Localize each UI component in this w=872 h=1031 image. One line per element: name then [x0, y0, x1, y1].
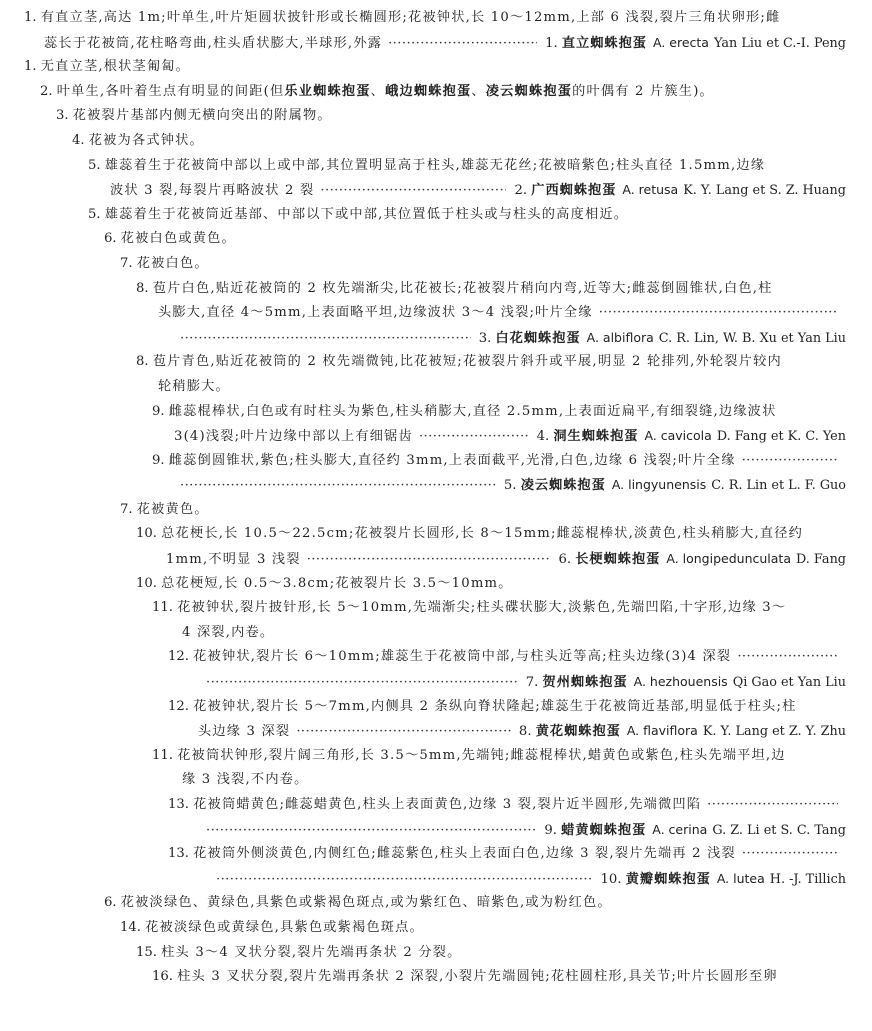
species-result: 3白花蜘蛛抱蛋A. albifloraC. R. Lin, W. B. Xu e… [479, 326, 846, 352]
key-line-continuation: 头膨大,直径 4～5mm,上表面略平坦,边缘波状 3～4 浅裂;叶片全缘····… [0, 301, 872, 326]
couplet-text: 花被白色或黄色。 [121, 231, 236, 246]
key-line-result: ········································… [0, 473, 872, 498]
species-number: 8 [519, 724, 536, 739]
leader-dots: ········································… [307, 548, 551, 573]
species-name-bold: 乐业蜘蛛抱蛋 [284, 84, 370, 99]
couplet-number: 7 [120, 498, 137, 523]
species-chinese-name: 黄瓣蜘蛛抱蛋 [626, 872, 711, 887]
couplet-text: 花被钟状,裂片披针形,长 5～10mm,先端渐尖;柱头碟状膨大,淡紫色,先端凹陷… [177, 600, 786, 615]
couplet-text: 花被淡绿色或黄绿色,具紫色或紫褐色斑点。 [145, 920, 424, 935]
species-authority: D. Fang et K. C. Yen [717, 429, 846, 444]
key-line: 14花被淡绿色或黄绿色,具紫色或紫褐色斑点。 [0, 916, 872, 941]
key-line: 12花被钟状,裂片长 6～10mm;雄蕊生于花被筒中部,与柱头近等高;柱头边缘(… [0, 645, 872, 670]
leader-dots: ········································… [388, 32, 537, 57]
key-line-result: 波状 3 裂,每裂片再略波状 2 裂······················… [0, 178, 872, 203]
species-authority: K. Y. Lang et S. Z. Huang [683, 183, 846, 198]
species-latin-name: A. flaviflora [627, 723, 698, 738]
key-line: 15柱头 3～4 叉状分裂,裂片先端再条状 2 分裂。 [0, 941, 872, 966]
species-authority: Yan Liu et C.-I. Peng [714, 36, 846, 51]
key-line-result: ········································… [0, 867, 872, 892]
species-latin-name: A. cavicola [644, 428, 711, 443]
key-line: 7花被白色。 [0, 252, 872, 277]
leader-dots: ········································… [742, 449, 838, 474]
leader-dots: ········································… [320, 179, 506, 204]
species-number: 4 [537, 429, 554, 444]
couplet-text: 雌蕊倒圆锥状,紫色;柱头膨大,直径约 3mm,上表面截平,光滑,白色,边缘 6 … [169, 449, 736, 474]
species-chinese-name: 直立蜘蛛抱蛋 [562, 36, 647, 51]
key-line-result: 头边缘 3 深裂································… [0, 719, 872, 744]
couplet-number: 13 [168, 793, 193, 818]
couplet-text: 轮稍膨大。 [158, 379, 230, 394]
leader-dots: ········································… [206, 671, 518, 696]
key-line: 8苞片白色,贴近花被筒的 2 枚先端渐尖,比花被长;花被裂片稍向内弯,近等大;雌… [0, 277, 872, 302]
couplet-number: 1 [24, 6, 41, 31]
species-result: 1直立蜘蛛抱蛋A. erectaYan Liu et C.-I. Peng [545, 31, 846, 57]
leader-dots: ········································… [707, 793, 838, 818]
species-result: 7贺州蜘蛛抱蛋A. hezhouensisQi Gao et Yan Liu [526, 670, 846, 696]
key-line-continuation: 4 深裂,内卷。 [0, 621, 872, 646]
key-line-result: ········································… [0, 326, 872, 351]
couplet-text: 苞片青色,贴近花被筒的 2 枚先端微钝,比花被短;花被裂片斜升或平展,明显 2 … [153, 354, 782, 369]
key-line: 8苞片青色,贴近花被筒的 2 枚先端微钝,比花被短;花被裂片斜升或平展,明显 2… [0, 350, 872, 375]
couplet-number: 16 [152, 965, 177, 990]
couplet-number: 5 [88, 154, 105, 179]
species-authority: Qi Gao et Yan Liu [733, 675, 846, 690]
key-line: 13花被筒外侧淡黄色,内侧红色;雌蕊紫色,柱头上表面白色,边缘 3 裂,裂片先端… [0, 842, 872, 867]
couplet-number: 11 [152, 596, 177, 621]
key-line: 16柱头 3 叉状分裂,裂片先端再条状 2 深裂,小裂片先端圆钝;花柱圆柱形,具… [0, 965, 872, 990]
couplet-number: 5 [88, 203, 105, 228]
couplet-text: 蕊长于花被筒,花柱略弯曲,柱头盾状膨大,半球形,外露 [44, 32, 382, 57]
species-number: 1 [545, 36, 562, 51]
species-latin-name: A. hezhouensis [634, 674, 728, 689]
species-chinese-name: 凌云蜘蛛抱蛋 [521, 478, 606, 493]
species-latin-name: A. cerina [652, 822, 707, 837]
species-latin-name: A. retusa [622, 182, 678, 197]
species-latin-name: A. longipedunculata [666, 551, 791, 566]
species-number: 10 [601, 872, 626, 887]
species-chinese-name: 黄花蜘蛛抱蛋 [536, 724, 621, 739]
species-number: 5 [504, 478, 521, 493]
couplet-text: 花被筒蜡黄色;雌蕊蜡黄色,柱头上表面黄色,边缘 3 裂,裂片近半圆形,先端微凹陷 [193, 793, 701, 818]
species-name-bold: 峨边蜘蛛抱蛋 [385, 84, 471, 99]
species-result: 4洞生蜘蛛抱蛋A. cavicolaD. Fang et K. C. Yen [537, 424, 846, 450]
species-authority: K. Y. Lang et Z. Y. Zhu [703, 724, 846, 739]
species-number: 6 [558, 552, 575, 567]
species-chinese-name: 蜡黄蜘蛛抱蛋 [561, 823, 646, 838]
couplet-text: 柱头 3～4 叉状分裂,裂片先端再条状 2 分裂。 [161, 945, 461, 960]
key-line-result: 1mm,不明显 3 浅裂····························… [0, 547, 872, 572]
couplet-text: 花被淡绿色、黄绿色,具紫色或紫褐色斑点,或为紫红色、暗紫色,或为粉红色。 [121, 895, 612, 910]
couplet-text: 雌蕊棍棒状,白色或有时柱头为紫色,柱头稍膨大,直径 2.5mm,上表面近扁平,有… [169, 404, 777, 419]
couplet-text: 苞片白色,贴近花被筒的 2 枚先端渐尖,比花被长;花被裂片稍向内弯,近等大;雌蕊… [153, 281, 773, 296]
leader-dots: ········································… [742, 842, 838, 867]
leader-dots: ········································… [419, 425, 529, 450]
key-line: 1无直立茎,根状茎匍匐。 [0, 55, 872, 80]
species-chinese-name: 广西蜘蛛抱蛋 [531, 183, 616, 198]
key-line: 5雄蕊着生于花被筒中部以上或中部,其位置明显高于柱头,雄蕊无花丝;花被暗紫色;柱… [0, 154, 872, 179]
couplet-text: 总花梗长,长 10.5～22.5cm;花被裂片长圆形,长 8～15mm;雌蕊棍棒… [161, 526, 803, 541]
species-latin-name: A. lutea [717, 871, 765, 886]
couplet-text: 1mm,不明显 3 浅裂 [166, 548, 301, 573]
couplet-text: 4 深裂,内卷。 [182, 625, 274, 640]
couplet-number: 3 [56, 104, 73, 129]
couplet-number: 13 [168, 842, 193, 867]
key-line: 10总花梗短,长 0.5～3.8cm;花被裂片长 3.5～10mm。 [0, 572, 872, 597]
key-line-continuation: 轮稍膨大。 [0, 375, 872, 400]
species-number: 9 [544, 823, 561, 838]
species-chinese-name: 洞生蜘蛛抱蛋 [553, 429, 638, 444]
couplet-number: 8 [136, 277, 153, 302]
species-result: 6长梗蜘蛛抱蛋A. longipedunculataD. Fang [558, 547, 846, 573]
couplet-text: 雄蕊着生于花被筒近基部、中部以下或中部,其位置低于柱头或与柱头的高度相近。 [105, 207, 628, 222]
couplet-text: 花被筒外侧淡黄色,内侧红色;雌蕊紫色,柱头上表面白色,边缘 3 裂,裂片先端再 … [193, 842, 736, 867]
couplet-number: 9 [152, 400, 169, 425]
couplet-text: 头边缘 3 深裂 [198, 720, 290, 745]
text-fragment: 叶单生,各叶着生点有明显的间距(但 [57, 84, 285, 99]
species-authority: C. R. Lin et L. F. Guo [711, 478, 846, 493]
species-chinese-name: 白花蜘蛛抱蛋 [496, 331, 581, 346]
species-result: 9蜡黄蜘蛛抱蛋A. cerinaG. Z. Li et S. C. Tang [544, 818, 846, 844]
leader-dots: ········································… [599, 301, 838, 326]
key-line: 4花被为各式钟状。 [0, 129, 872, 154]
leader-dots: ········································… [737, 645, 838, 670]
couplet-number: 14 [120, 916, 145, 941]
couplet-number: 15 [136, 941, 161, 966]
couplet-text: 有直立茎,高达 1m;叶单生,叶片矩圆状披针形或长椭圆形;花被钟状,长 10～1… [41, 10, 781, 25]
species-number: 7 [526, 675, 543, 690]
key-line-result: 3(4)浅裂;叶片边缘中部以上有细锯齿·····················… [0, 424, 872, 449]
couplet-text: 花被筒状钟形,裂片阔三角形,长 3.5～5mm,先端钝;雌蕊棍棒状,蜡黄色或紫色… [177, 748, 786, 763]
species-result: 10黄瓣蜘蛛抱蛋A. luteaH. -J. Tillich [601, 867, 846, 893]
species-authority: D. Fang [796, 552, 846, 567]
couplet-number: 11 [152, 744, 177, 769]
species-number: 2 [514, 183, 531, 198]
key-line: 2叶单生,各叶着生点有明显的间距(但乐业蜘蛛抱蛋、峨边蜘蛛抱蛋、凌云蜘蛛抱蛋的叶… [0, 80, 872, 105]
couplet-number: 7 [120, 252, 137, 277]
text-fragment: 、 [471, 84, 485, 99]
couplet-text: 花被为各式钟状。 [89, 133, 204, 148]
species-latin-name: A. lingyunensis [612, 477, 706, 492]
leader-dots: ········································… [180, 327, 471, 352]
couplet-number: 10 [136, 572, 161, 597]
species-authority: H. -J. Tillich [770, 872, 846, 887]
couplet-text: 雄蕊着生于花被筒中部以上或中部,其位置明显高于柱头,雄蕊无花丝;花被暗紫色;柱头… [105, 158, 765, 173]
couplet-text: 缘 3 浅裂,不内卷。 [182, 772, 308, 787]
text-fragment: 的叶偶有 2 片簇生)。 [572, 84, 714, 99]
key-line: 7花被黄色。 [0, 498, 872, 523]
couplet-number: 10 [136, 522, 161, 547]
key-line: 6花被白色或黄色。 [0, 227, 872, 252]
couplet-text: 花被裂片基部内侧无横向突出的附属物。 [73, 108, 332, 123]
species-chinese-name: 贺州蜘蛛抱蛋 [543, 675, 628, 690]
key-line-continuation: 缘 3 浅裂,不内卷。 [0, 768, 872, 793]
species-result: 2广西蜘蛛抱蛋A. retusaK. Y. Lang et S. Z. Huan… [514, 178, 846, 204]
species-latin-name: A. albiflora [587, 330, 654, 345]
couplet-text: 总花梗短,长 0.5～3.8cm;花被裂片长 3.5～10mm。 [161, 576, 512, 591]
couplet-text: 柱头 3 叉状分裂,裂片先端再条状 2 深裂,小裂片先端圆钝;花柱圆柱形,具关节… [177, 969, 778, 984]
couplet-number: 8 [136, 350, 153, 375]
leader-dots: ········································… [216, 868, 593, 893]
key-line: 1有直立茎,高达 1m;叶单生,叶片矩圆状披针形或长椭圆形;花被钟状,长 10～… [0, 6, 872, 31]
couplet-number: 2 [40, 80, 57, 105]
couplet-text: 叶单生,各叶着生点有明显的间距(但乐业蜘蛛抱蛋、峨边蜘蛛抱蛋、凌云蜘蛛抱蛋的叶偶… [57, 84, 714, 99]
species-result: 5凌云蜘蛛抱蛋A. lingyunensisC. R. Lin et L. F.… [504, 473, 846, 499]
couplet-text: 无直立茎,根状茎匍匐。 [41, 59, 190, 74]
couplet-text: 头膨大,直径 4～5mm,上表面略平坦,边缘波状 3～4 浅裂;叶片全缘 [158, 301, 593, 326]
couplet-number: 6 [104, 891, 121, 916]
species-result: 8黄花蜘蛛抱蛋A. flavifloraK. Y. Lang et Z. Y. … [519, 719, 846, 745]
couplet-text: 花被钟状,裂片长 6～10mm;雄蕊生于花被筒中部,与柱头近等高;柱头边缘(3)… [193, 645, 731, 670]
key-line: 11花被钟状,裂片披针形,长 5～10mm,先端渐尖;柱头碟状膨大,淡紫色,先端… [0, 596, 872, 621]
key-line: 12花被钟状,裂片长 5～7mm,内侧具 2 条纵向脊状隆起;雄蕊生于花被筒近基… [0, 695, 872, 720]
couplet-text: 花被白色。 [137, 256, 209, 271]
couplet-text: 花被黄色。 [137, 502, 209, 517]
couplet-number: 9 [152, 449, 169, 474]
key-line-result: ········································… [0, 670, 872, 695]
key-line: 6花被淡绿色、黄绿色,具紫色或紫褐色斑点,或为紫红色、暗紫色,或为粉红色。 [0, 891, 872, 916]
key-line: 11花被筒状钟形,裂片阔三角形,长 3.5～5mm,先端钝;雌蕊棍棒状,蜡黄色或… [0, 744, 872, 769]
leader-dots: ········································… [180, 474, 496, 499]
couplet-text: 3(4)浅裂;叶片边缘中部以上有细锯齿 [174, 425, 413, 450]
key-line-result: 蕊长于花被筒,花柱略弯曲,柱头盾状膨大,半球形,外露··············… [0, 31, 872, 56]
dichotomous-key: 1有直立茎,高达 1m;叶单生,叶片矩圆状披针形或长椭圆形;花被钟状,长 10～… [0, 6, 872, 990]
key-line: 10总花梗长,长 10.5～22.5cm;花被裂片长圆形,长 8～15mm;雌蕊… [0, 522, 872, 547]
couplet-number: 1 [24, 55, 41, 80]
species-number: 3 [479, 331, 496, 346]
couplet-number: 12 [168, 695, 193, 720]
leader-dots: ········································… [206, 819, 536, 844]
leader-dots: ········································… [296, 720, 511, 745]
couplet-number: 12 [168, 645, 193, 670]
species-name-bold: 凌云蜘蛛抱蛋 [486, 84, 572, 99]
species-chinese-name: 长梗蜘蛛抱蛋 [575, 552, 660, 567]
couplet-number: 4 [72, 129, 89, 154]
key-line: 3花被裂片基部内侧无横向突出的附属物。 [0, 104, 872, 129]
couplet-text: 波状 3 裂,每裂片再略波状 2 裂 [110, 179, 314, 204]
key-line: 9雌蕊倒圆锥状,紫色;柱头膨大,直径约 3mm,上表面截平,光滑,白色,边缘 6… [0, 449, 872, 474]
key-line: 13花被筒蜡黄色;雌蕊蜡黄色,柱头上表面黄色,边缘 3 裂,裂片近半圆形,先端微… [0, 793, 872, 818]
species-authority: G. Z. Li et S. C. Tang [712, 823, 846, 838]
key-line-result: ········································… [0, 818, 872, 843]
species-latin-name: A. erecta [653, 35, 709, 50]
key-line: 9雌蕊棍棒状,白色或有时柱头为紫色,柱头稍膨大,直径 2.5mm,上表面近扁平,… [0, 400, 872, 425]
couplet-text: 花被钟状,裂片长 5～7mm,内侧具 2 条纵向脊状隆起;雄蕊生于花被筒近基部,… [193, 699, 796, 714]
text-fragment: 、 [371, 84, 385, 99]
species-authority: C. R. Lin, W. B. Xu et Yan Liu [659, 331, 846, 346]
couplet-number: 6 [104, 227, 121, 252]
key-line: 5雄蕊着生于花被筒近基部、中部以下或中部,其位置低于柱头或与柱头的高度相近。 [0, 203, 872, 228]
